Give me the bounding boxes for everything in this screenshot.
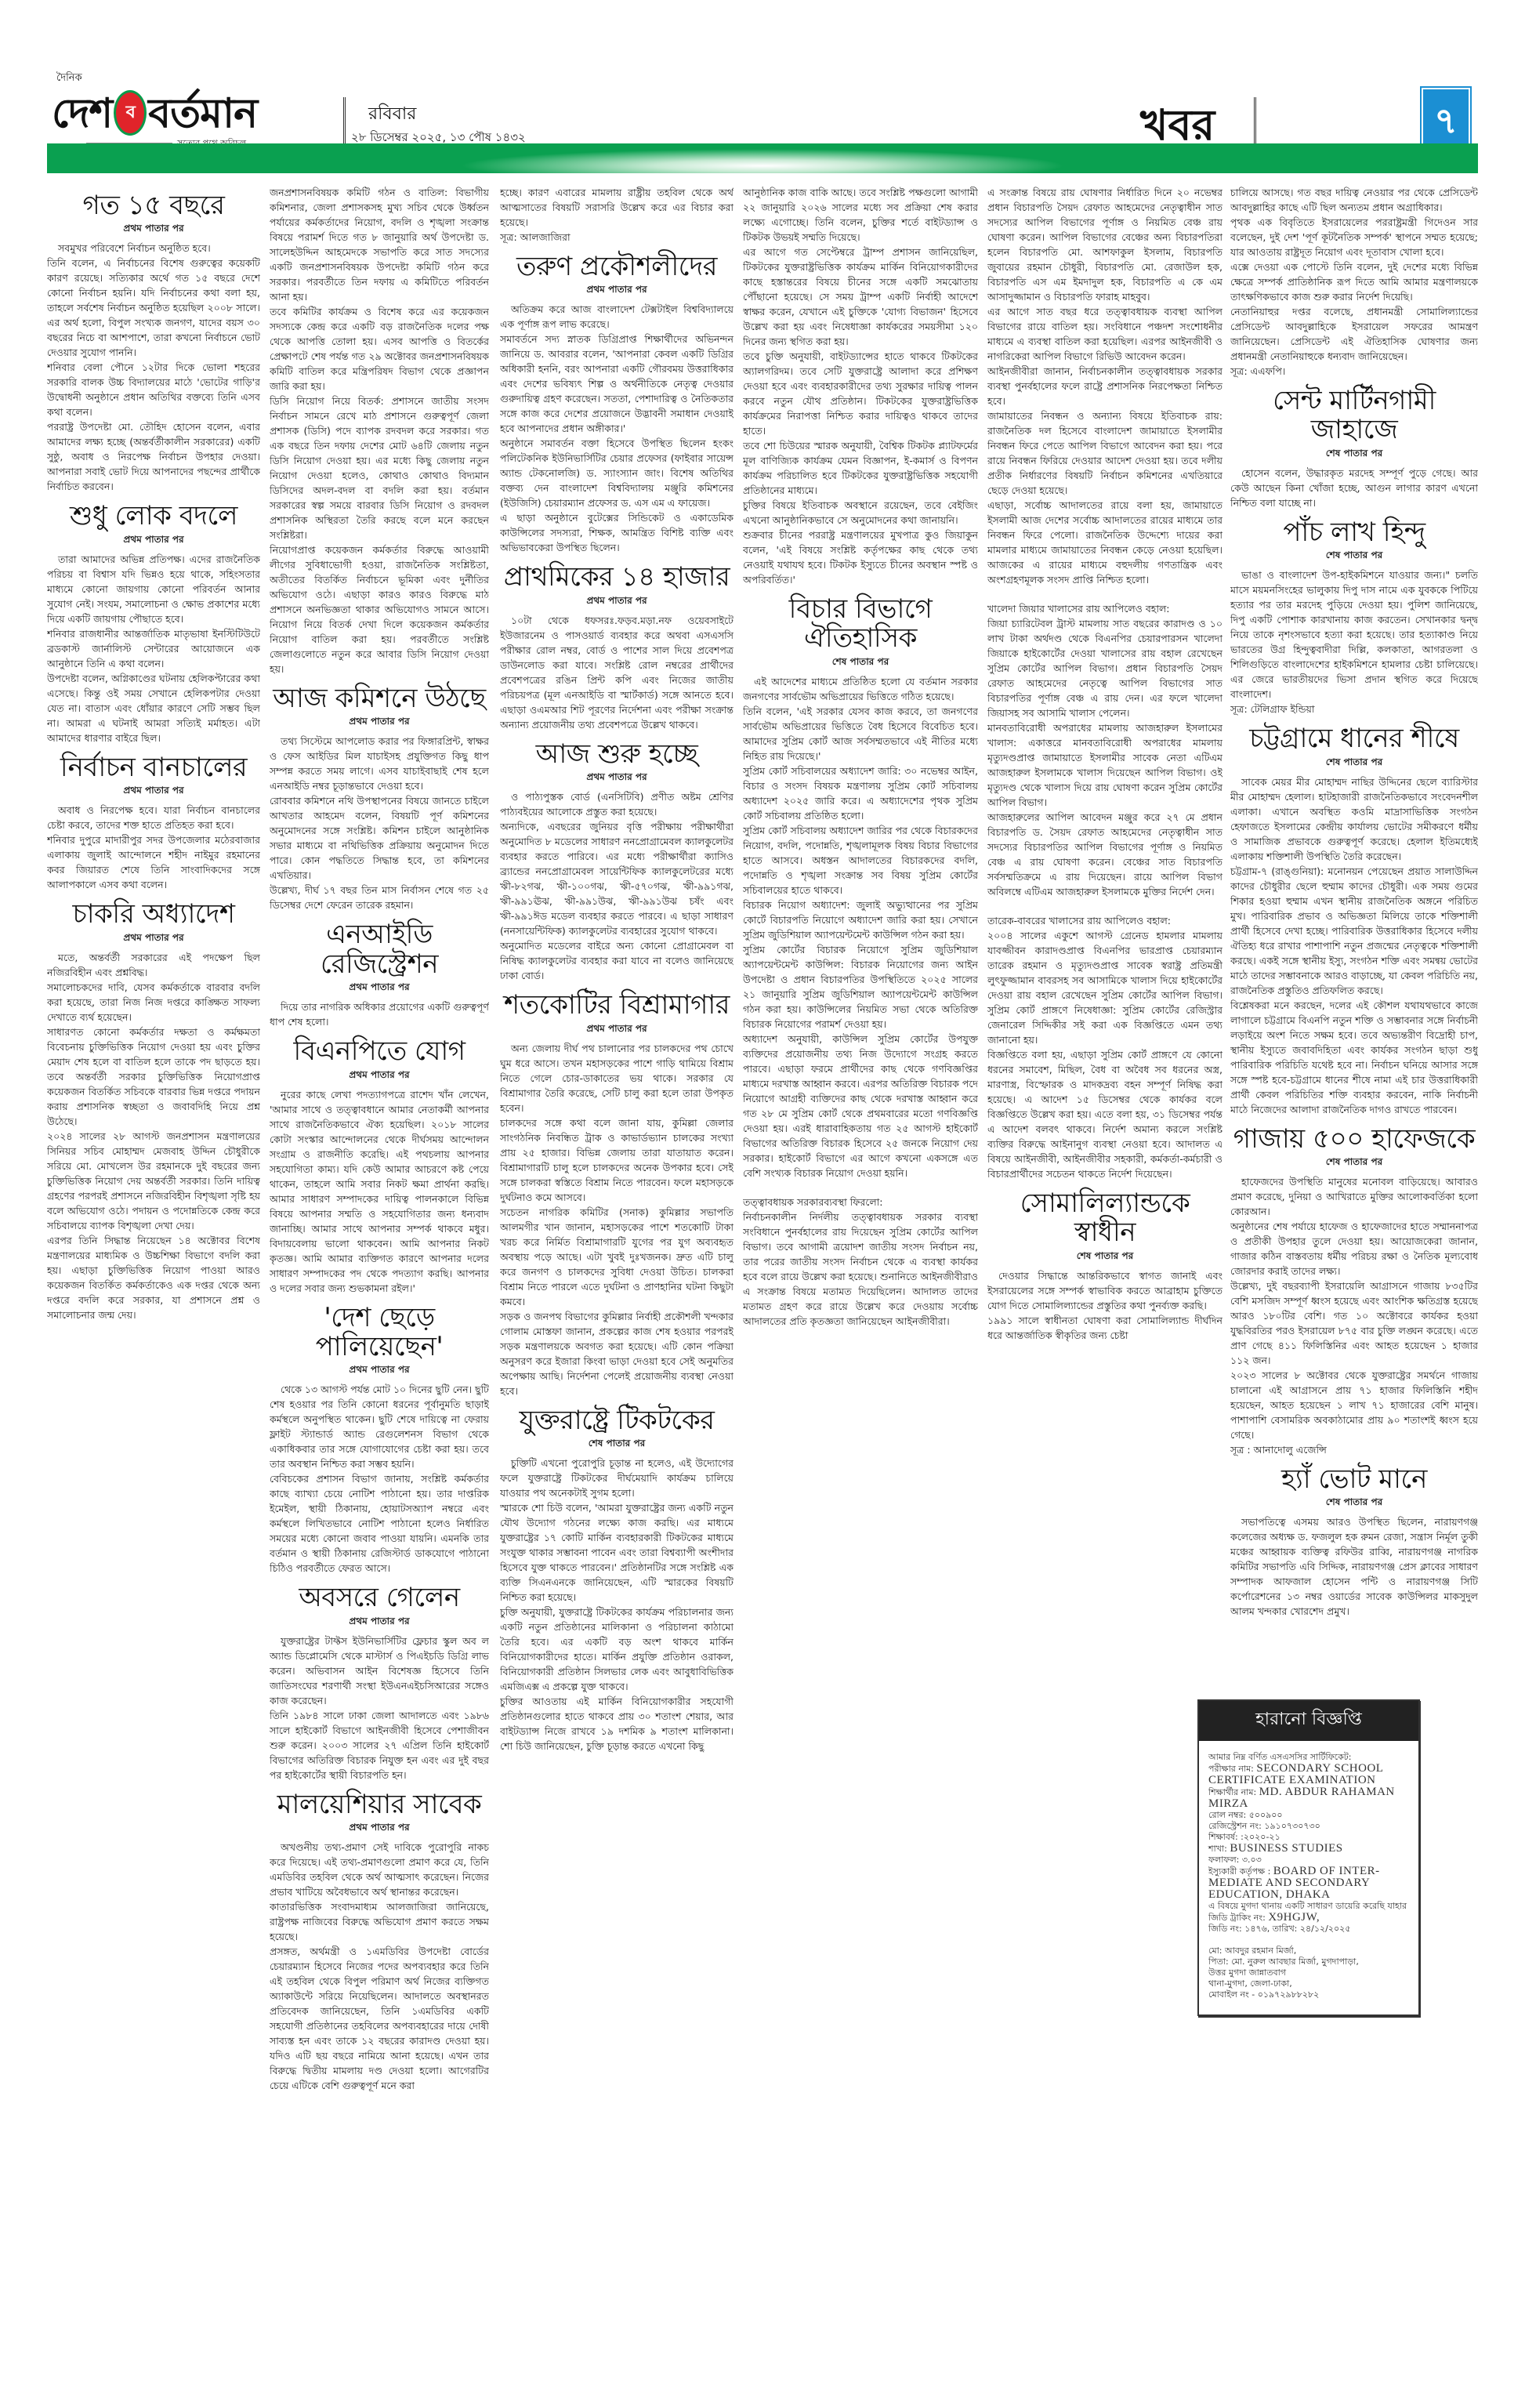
article-headline[interactable]: চাকরি অধ্যাদেশ	[47, 900, 260, 929]
article-headline[interactable]: অবসরে গেলেন	[270, 1583, 489, 1612]
article-paragraph: ২০২৩ সালের ৮ অক্টোবর থেকে যুক্তরাষ্ট্রের…	[1230, 1368, 1478, 1442]
article-headline[interactable]: শুধু লোক বদলে	[47, 502, 260, 531]
notice-gd-tracking: X9HGJW,	[1268, 1911, 1320, 1924]
article-paragraph: তারা আমাদের অভিন্ন প্রতিপক্ষ। এদের রাজনৈ…	[47, 552, 260, 626]
article-headline[interactable]: হ্যাঁ ভোট মানে	[1230, 1465, 1478, 1494]
article-paragraph: ও পাঠ্যপুস্তক বোর্ড (এনসিটিবি) প্রণীত অষ…	[500, 789, 734, 819]
article-paragraph: মানবতাবিরোধী অপরাধের মামলায় আজহারুল ইসল…	[987, 720, 1223, 810]
article-body: সবমুখর পরিবেশে নির্বাচন অনুষ্ঠিত হবে।তিন…	[47, 241, 260, 494]
article-headline[interactable]: এনআইডি রেজিস্ট্রেশন	[270, 920, 489, 979]
article-paragraph: পররাষ্ট্র উপদেষ্টা মো. তৌহিদ হোসেন বলেন,…	[47, 419, 260, 494]
article-headline[interactable]: তরুণ প্রকৌশলীদের	[500, 252, 734, 281]
article-paragraph: স্মারকে শো চিউ বলেন, 'আমরা যুক্তরাষ্ট্রে…	[500, 1500, 734, 1605]
article-headline[interactable]: গত ১৫ বছরে	[47, 191, 260, 220]
article-headline[interactable]: মালয়েশিয়ার সাবেক	[270, 1790, 489, 1819]
article-headline[interactable]: চট্টগ্রামে ধানের শীষে	[1230, 724, 1478, 753]
article-headline[interactable]: 'দেশ ছেড়ে পালিয়েছেন'	[270, 1304, 489, 1362]
article-subheading: তারেক-বাবরের খালাসের রায় আপিলেও বহাল:	[987, 913, 1223, 928]
article-paragraph: অন্যদিকে, এবছরের জুনিয়র বৃত্তি পরীক্ষায…	[500, 819, 734, 938]
continuation-label: প্রথম পাতার পর	[500, 594, 734, 610]
article-paragraph: যুক্তরাষ্ট্রের টাফ্টস ইউনিভার্সিটির ফ্লে…	[270, 1634, 489, 1708]
article-body: এ সংক্রান্ত বিষয়ে রায় ঘোষণার নির্ধারিত…	[987, 185, 1223, 1181]
news-article: শুধু লোক বদলেপ্রথম পাতার পরতারা আমাদের অ…	[47, 502, 260, 745]
article-body: এই আদেশের মাধ্যমে প্রতিষ্ঠিত হলো যে বর্ত…	[743, 674, 978, 1329]
news-article: মালয়েশিয়ার সাবেকপ্রথম পাতার পরঅখণ্ডনীয…	[270, 1790, 489, 2093]
article-headline[interactable]: সেন্ট মার্টিনগামী জাহাজে	[1230, 386, 1478, 445]
article-body: চুক্তিটি এখনো পুরোপুরি চূড়ান্ত না হলেও,…	[500, 1456, 734, 1753]
notice-father: পিতা: মো. নুরুল আবছার মির্জা, মুগদাপাড়া…	[1208, 1956, 1411, 1967]
article-paragraph: তিনি বলেন, এ নির্বাচনের বিশেষ গুরুত্বের …	[47, 256, 260, 360]
article-paragraph: চুক্তির আওতায় এই মার্কিন বিনিয়োগকারীর …	[500, 1694, 734, 1753]
article-paragraph: ১০টা থেকে ধফসরঃ.ফড়ব.মড়া.নফ ওয়েবসাইটে …	[500, 613, 734, 732]
news-article: চালিয়ে আসছে। গত বছর দায়িত্ব নেওয়ার পর…	[1230, 185, 1478, 379]
article-paragraph: নির্বাচনকালীন নির্দলীয় তত্ত্বাবধায়ক সর…	[743, 1209, 978, 1329]
article-source: সূত্র: টেলিগ্রাফ ইন্ডিয়া	[1230, 702, 1478, 716]
article-paragraph: বিজ্ঞপ্তিতে বলা হয়, এছাড়া সুপ্রিম কোর্…	[987, 1047, 1223, 1181]
article-headline[interactable]: বিচার বিভাগে ঐতিহাসিক	[743, 595, 978, 654]
article-paragraph: আইনজীবীরা জানান, নির্বাচনকালীন তত্ত্বাবধ…	[987, 364, 1223, 408]
article-body: জনপ্রশাসনবিষয়ক কমিটি গঠন ও বাতিল: বিভাগ…	[270, 185, 489, 676]
article-subheading: খালেদা জিয়ার খালাসের রায় আপিলেও বহাল:	[987, 601, 1223, 616]
news-article: আজ শুরু হচ্ছেপ্রথম পাতার পরও পাঠ্যপুস্তক…	[500, 740, 734, 983]
notice-address1: উত্তর মুগদা জান্নাতবাগ	[1208, 1967, 1411, 1978]
news-article: বিচার বিভাগে ঐতিহাসিকশেষ পাতার পরএই আদেশ…	[743, 595, 978, 1329]
article-paragraph: রোববার কমিশনে নথি উপস্থাপনের বিষয়ে জানত…	[270, 793, 489, 883]
continuation-label: প্রথম পাতার পর	[47, 784, 260, 800]
issue-day: রবিবার	[368, 100, 416, 129]
article-paragraph: সমাবর্তনে সদ্য স্নাতক ডিগ্রিপ্রাপ্ত শিক্…	[500, 332, 734, 436]
newspaper-logo[interactable]: দৈনিক দেশববর্তমান সত্যের পথে অবিচল	[47, 71, 337, 155]
article-paragraph: সমালোচকদের দাবি, যেসব কর্মকর্তাকে বারবার…	[47, 980, 260, 1024]
news-article: পাঁচ লাখ হিন্দুশেষ পাতার পরভাঙা ও বাংলাদ…	[1230, 518, 1478, 716]
article-body: যুক্তরাষ্ট্রের টাফ্টস ইউনিভার্সিটির ফ্লে…	[270, 1634, 489, 1782]
article-body: সভাপতিত্বে এসময় আরও উপস্থিত ছিলেন, নারা…	[1230, 1514, 1478, 1619]
news-article: বিএনপিতে যোগপ্রথম পাতার পরনুরের কাছে লেখ…	[270, 1037, 489, 1295]
continuation-label: প্রথম পাতার পর	[500, 771, 734, 786]
article-paragraph: চুক্তির বিষয়ে ইতিবাচক অবস্থানে রয়েছেন,…	[743, 498, 978, 528]
article-paragraph: আজহারুলের আপিল আবেদন মঞ্জুর করে ২৭ মে প্…	[987, 810, 1223, 899]
article-paragraph: শনিবার দুপুরে মাদারীপুর সদর উপজেলার মঠের…	[47, 832, 260, 892]
article-paragraph: তবে শো চিউয়ের স্মারক অনুযায়ী, বৈশ্বিক …	[743, 438, 978, 498]
article-paragraph: জামায়াতের নিবন্ধন ও অন্যান্য বিষয়ে ইতি…	[987, 408, 1223, 498]
article-headline[interactable]: গাজায় ৫০০ হাফেজকে	[1230, 1125, 1478, 1154]
news-article: জনপ্রশাসনবিষয়ক কমিটি গঠন ও বাতিল: বিভাগ…	[270, 185, 489, 676]
news-article: আজ কমিশনে উঠছেপ্রথম পাতার পরতথ্য সিস্টেম…	[270, 684, 489, 912]
article-headline[interactable]: সোমালিল্যান্ডকে স্বাধীন	[987, 1189, 1223, 1248]
logo-title-left: দেশ	[52, 90, 112, 137]
article-paragraph: উপদেষ্টা বলেন, অগ্নিকাণ্ডের ঘটনায় হেলিক…	[47, 671, 260, 745]
article-paragraph: এই আদেশের মাধ্যমে প্রতিষ্ঠিত হলো যে বর্ত…	[743, 674, 978, 704]
article-paragraph: কাতারভিত্তিক সংবাদমাধ্যম আলজাজিরা জানিয়…	[270, 1899, 489, 1944]
article-paragraph: শুক্রবার চীনের পররাষ্ট্র মন্ত্রণালয়ের ম…	[743, 528, 978, 587]
continuation-label: প্রথম পাতার পর	[47, 533, 260, 549]
article-paragraph: এর আগে সাত বছর ধরে তত্ত্বাবধায়ক ব্যবস্থ…	[987, 304, 1223, 364]
article-body: দেওয়ার সিদ্ধান্তে আন্তরিকভাবে স্বাগত জা…	[987, 1268, 1223, 1343]
continuation-label: প্রথম পাতার পর	[47, 222, 260, 238]
notice-student-label: শিক্ষার্থীর নাম:	[1208, 1787, 1256, 1797]
article-paragraph: অন্য জেলায় দীর্ঘ পথ চালানোর পর চালকদের …	[500, 1041, 734, 1115]
article-paragraph: চট্টগ্রাম-৭ (রাঙ্গুনিয়া): মনোনয়ন পেয়ে…	[1230, 864, 1478, 998]
notice-intro: আমার নিম্ন বর্ণিত এসএসসির সার্টিফিকেট:	[1208, 1752, 1411, 1763]
article-paragraph: দেওয়ার সিদ্ধান্তে আন্তরিকভাবে স্বাগত জা…	[987, 1268, 1223, 1313]
article-paragraph: চুক্তিটি এখনো পুরোপুরি চূড়ান্ত না হলেও,…	[500, 1456, 734, 1500]
continuation-label: শেষ পাতার পর	[1230, 1155, 1478, 1171]
continuation-label: প্রথম পাতার পর	[47, 931, 260, 947]
article-body: ও পাঠ্যপুস্তক বোর্ড (এনসিটিবি) প্রণীত অষ…	[500, 789, 734, 983]
article-paragraph: সাবেক মেয়র মীর মোহাম্মদ নাছির উদ্দিনের …	[1230, 774, 1478, 864]
article-headline[interactable]: পাঁচ লাখ হিন্দু	[1230, 518, 1478, 547]
article-paragraph: সচেতন নাগরিক কমিটির (সনাক) কুমিল্লার সভা…	[500, 1205, 734, 1309]
article-paragraph: তিনি বলেন, 'এই সরকার যেসব কাজ করবে, তা জ…	[743, 704, 978, 763]
notice-mobile: মোবাইল নং - ০১৯৭২৯৮৮২৮২	[1208, 1989, 1411, 2000]
article-paragraph: চুক্তি অনুযায়ী, যুক্তরাষ্ট্রে টিকটকের ক…	[500, 1605, 734, 1694]
continuation-label: প্রথম পাতার পর	[270, 715, 489, 731]
lost-notice-title: হারানো বিজ্ঞপ্তি	[1199, 1701, 1418, 1741]
column-3: হচ্ছে। কারণ এবারের মামলায় রাষ্ট্রীয় তহ…	[500, 185, 734, 2333]
article-headline[interactable]: যুক্তরাষ্ট্রে টিকটকের	[500, 1406, 734, 1435]
news-article: চট্টগ্রামে ধানের শীষেশেষ পাতার পরসাবেক ম…	[1230, 724, 1478, 1116]
article-body: মতে, অন্তর্বর্তী সরকারের এই পদক্ষেপ ছিল …	[47, 950, 260, 1322]
article-body: অবাধ ও নিরপেক্ষ হবে। যারা নির্বাচন বানচা…	[47, 803, 260, 892]
masthead-divider	[343, 97, 346, 149]
article-paragraph: জনপ্রশাসনবিষয়ক কমিটি গঠন ও বাতিল: বিভাগ…	[270, 185, 489, 304]
article-paragraph: অনুষ্ঠানের শেষ পর্যায়ে হাফেজ ও হাফেজাদে…	[1230, 1219, 1478, 1278]
article-paragraph: তিনি ১৯৮৪ সালে ঢাকা জেলা আদালতে এবং ১৯৮৬…	[270, 1708, 489, 1782]
article-headline[interactable]: নির্বাচন বানচালের	[47, 753, 260, 782]
article-body: অখণ্ডনীয় তথ্য-প্রমাণ সেই দাবিকে পুরোপুর…	[270, 1840, 489, 2093]
article-paragraph: শনিবার রাজধানীর আন্তর্জাতিক মাতৃভাষা ইনস…	[47, 626, 260, 671]
column-2: জনপ্রশাসনবিষয়ক কমিটি গঠন ও বাতিল: বিভাগ…	[270, 185, 489, 2333]
article-paragraph: তবে কমিটির কার্যক্রম ও বিশেষ করে এর কয়ে…	[270, 304, 489, 393]
article-body: তারা আমাদের অভিন্ন প্রতিপক্ষ। এদের রাজনৈ…	[47, 552, 260, 745]
article-paragraph: তথ্য সিস্টেমে আপলোড করার পর ফিঙ্গারপ্রিন…	[270, 734, 489, 793]
article-paragraph: বেবিচকের প্রশাসন বিভাগ জানায়, সংশ্লিষ্ট…	[270, 1471, 489, 1576]
notice-exam-label: পরীক্ষার নাম:	[1208, 1764, 1254, 1774]
article-paragraph: মতে, অন্তর্বর্তী সরকারের এই পদক্ষেপ ছিল …	[47, 950, 260, 980]
news-article: হচ্ছে। কারণ এবারের মামলায় রাষ্ট্রীয় তহ…	[500, 185, 734, 245]
article-paragraph: এরপর তিনি সিদ্ধান্ত নিয়েছেন ১৪ অক্টোবর …	[47, 1233, 260, 1322]
news-article: প্রাথমিকের ১৪ হাজারপ্রথম পাতার পর১০টা থে…	[500, 563, 734, 731]
news-article: নির্বাচন বানচালেরপ্রথম পাতার পরঅবাধ ও নি…	[47, 753, 260, 892]
article-paragraph: অতিক্রম করে আজ বাংলাদেশ টেক্সটাইল বিশ্বব…	[500, 302, 734, 332]
notice-result: ফলাফল: ৩.০৩	[1208, 1855, 1411, 1866]
logo-title-right: বর্তমান	[148, 90, 257, 137]
page-number-badge: ৭	[1422, 88, 1470, 152]
article-body: সাবেক মেয়র মীর মোহাম্মদ নাছির উদ্দিনের …	[1230, 774, 1478, 1117]
article-paragraph: তবে চুক্তি অনুযায়ী, বাইটড্যান্সের হাতে …	[743, 349, 978, 438]
news-article: 'দেশ ছেড়ে পালিয়েছেন'প্রথম পাতার পরথেকে…	[270, 1304, 489, 1576]
article-paragraph: এ সংক্রান্ত বিষয়ে রায় ঘোষণার নির্ধারিত…	[987, 185, 1223, 304]
article-paragraph: চালিয়ে আসছে। গত বছর দায়িত্ব নেওয়ার পর…	[1230, 185, 1478, 215]
article-paragraph: সবমুখর পরিবেশে নির্বাচন অনুষ্ঠিত হবে।	[47, 241, 260, 256]
news-article: অবসরে গেলেনপ্রথম পাতার পরযুক্তরাষ্ট্রের …	[270, 1583, 489, 1782]
news-article: শতকোটির বিশ্রামাগারপ্রথম পাতার পরঅন্য জে…	[500, 991, 734, 1398]
article-paragraph: সাধারণত কোনো কর্মকর্তার দক্ষতা ও কর্মক্ষ…	[47, 1024, 260, 1129]
continuation-label: প্রথম পাতার পর	[270, 1821, 489, 1837]
article-paragraph: বিশ্লেষকরা মনে করছেন, দলের এই কৌশল যথাযথ…	[1230, 998, 1478, 1117]
article-paragraph: সভাপতিত্বে এসময় আরও উপস্থিত ছিলেন, নারা…	[1230, 1514, 1478, 1619]
article-paragraph: থেকে ১৩ আগস্ট পর্যন্ত মোট ১০ দিনের ছুটি …	[270, 1382, 489, 1471]
article-paragraph: ডিসি নিয়োগ নিয়ে বিতর্ক: প্রশাসনে জাতীয…	[270, 393, 489, 542]
continuation-label: শেষ পাতার পর	[743, 655, 978, 671]
article-paragraph: এক্সে দেওয়া এক পোস্টে তিনি বলেন, দুই দে…	[1230, 259, 1478, 304]
column-1: গত ১৫ বছরেপ্রথম পাতার পরসবমুখর পরিবেশে ন…	[47, 185, 260, 2333]
notice-name: মো: আবদুর রহমান মির্জা,	[1208, 1946, 1411, 1956]
article-body: চালিয়ে আসছে। গত বছর দায়িত্ব নেওয়ার পর…	[1230, 185, 1478, 379]
lost-notice-ad: হারানো বিজ্ঞপ্তি আমার নিম্ন বর্ণিত এসএসস…	[1197, 1699, 1420, 2016]
article-source: সূত্র: এএফপি।	[1230, 364, 1478, 379]
article-body: তথ্য সিস্টেমে আপলোড করার পর ফিঙ্গারপ্রিন…	[270, 734, 489, 912]
article-body: আনুষ্ঠানিক কাজ বাকি আছে। তবে সংশ্লিষ্ট প…	[743, 185, 978, 587]
section-divider	[1254, 97, 1256, 149]
notice-group-value: BUSINESS STUDIES	[1230, 1842, 1342, 1855]
article-paragraph: প্রসঙ্গত, অর্থমন্ত্রী ও ১এমডিবির উপদেষ্ট…	[270, 1944, 489, 2093]
article-body: অতিক্রম করে আজ বাংলাদেশ টেক্সটাইল বিশ্বব…	[500, 302, 734, 555]
article-body: থেকে ১৩ আগস্ট পর্যন্ত মোট ১০ দিনের ছুটি …	[270, 1382, 489, 1576]
article-paragraph: ভাঙা ও বাংলাদেশ উপ-হাইকমিশনে যাওয়ার জন্…	[1230, 568, 1478, 702]
article-body: ভাঙা ও বাংলাদেশ উপ-হাইকমিশনে যাওয়ার জন্…	[1230, 568, 1478, 716]
notice-session: শিক্ষাবর্ষ: :২০২০-২১	[1208, 1832, 1411, 1843]
continuation-label: প্রথম পাতার পর	[270, 1615, 489, 1630]
header-green-bar	[47, 143, 1478, 173]
continuation-label: শেষ পাতার পর	[1230, 1496, 1478, 1511]
article-headline[interactable]: প্রাথমিকের ১৪ হাজার	[500, 563, 734, 592]
article-body: অন্য জেলায় দীর্ঘ পথ চালানোর পর চালকদের …	[500, 1041, 734, 1398]
continuation-label: শেষ পাতার পর	[1230, 447, 1478, 462]
article-paragraph: জিয়া চ্যারিটেবল ট্রাস্ট মামলায় সাত বছর…	[987, 616, 1223, 720]
news-article: সোমালিল্যান্ডকে স্বাধীনশেষ পাতার পরদেওয়…	[987, 1189, 1223, 1343]
notice-address2: থানা-মুগদা, জেলা-ঢাকা,	[1208, 1978, 1411, 1989]
continuation-label: প্রথম পাতার পর	[270, 1363, 489, 1379]
notice-issuer-label: ইস্যুকারী কর্তৃপক্ষ :	[1208, 1866, 1270, 1877]
article-body: ১০টা থেকে ধফসরঃ.ফড়ব.মড়া.নফ ওয়েবসাইটে …	[500, 613, 734, 732]
article-paragraph: চালকদের সঙ্গে কথা বলে জানা যায়, কুমিল্ল…	[500, 1115, 734, 1205]
article-body: হাফেজদের উপস্থিতি মানুষের মনোবল বাড়িয়ে…	[1230, 1174, 1478, 1457]
news-article: আনুষ্ঠানিক কাজ বাকি আছে। তবে সংশ্লিষ্ট প…	[743, 185, 978, 587]
article-paragraph: সুপ্রিম কোর্ট সচিবালয়ের অধ্যাদেশ জারি: …	[743, 763, 978, 823]
article-paragraph: সুপ্রিম কোর্টের বিচারক নিয়োগে সুপ্রিম জ…	[743, 942, 978, 1032]
continuation-label: শেষ পাতার পর	[1230, 756, 1478, 771]
news-article: তরুণ প্রকৌশলীদেরপ্রথম পাতার পরঅতিক্রম কর…	[500, 252, 734, 555]
article-headline[interactable]: শতকোটির বিশ্রামাগার	[500, 991, 734, 1020]
article-body: হোসেন বলেন, উদ্ধারকৃত মরদেহ সম্পূর্ণ পুড…	[1230, 466, 1478, 510]
article-paragraph: এর আগে গত সেপ্টেম্বরে ট্রাম্প প্রশাসন জা…	[743, 245, 978, 349]
article-paragraph: হাফেজদের উপস্থিতি মানুষের মনোবল বাড়িয়ে…	[1230, 1174, 1478, 1219]
continuation-label: প্রথম পাতার পর	[500, 1022, 734, 1038]
article-paragraph: আনুষ্ঠানিক কাজ বাকি আছে। তবে সংশ্লিষ্ট প…	[743, 185, 978, 245]
continuation-label: শেষ পাতার পর	[500, 1437, 734, 1452]
article-paragraph: বিচারক নিয়োগ অধ্যাদেশ: জুলাই অভ্যুত্থান…	[743, 898, 978, 942]
notice-gd-number: জিডি নং: ১৪৭৬, তারিখ: ২৪/১২/২০২৫	[1208, 1924, 1411, 1935]
news-article: গাজায় ৫০০ হাফেজকেশেষ পাতার পরহাফেজদের উ…	[1230, 1125, 1478, 1457]
article-paragraph: এ ছাড়া অনুষ্ঠানে বুটেক্সের সিন্ডিকেট ও …	[500, 510, 734, 555]
article-paragraph: সড়ক ও জনপথ বিভাগের কুমিল্লার নির্বাহী প…	[500, 1309, 734, 1398]
article-paragraph: অনুমোদিত মডেলের বাইরে অন্য কোনো প্রোগ্রা…	[500, 938, 734, 983]
article-paragraph: উল্লেখ্য, দুই বছরব্যাপী ইসরায়েলি আগ্রাস…	[1230, 1278, 1478, 1368]
article-paragraph: অবাধ ও নিরপেক্ষ হবে। যারা নির্বাচন বানচা…	[47, 803, 260, 832]
article-paragraph: শনিবার বেলা পৌনে ১২টার দিকে ভোলা শহরের স…	[47, 360, 260, 419]
article-body: হচ্ছে। কারণ এবারের মামলায় রাষ্ট্রীয় তহ…	[500, 185, 734, 245]
article-paragraph: হচ্ছে। কারণ এবারের মামলায় রাষ্ট্রীয় তহ…	[500, 185, 734, 230]
news-article: গত ১৫ বছরেপ্রথম পাতার পরসবমুখর পরিবেশে ন…	[47, 191, 260, 494]
article-paragraph: দিয়ে তার নাগরিক অধিকার প্রয়োগের একটি গ…	[270, 999, 489, 1029]
article-paragraph: হোসেন বলেন, উদ্ধারকৃত মরদেহ সম্পূর্ণ পুড…	[1230, 466, 1478, 510]
article-paragraph: নেতানিয়াহুর দপ্তর বলেছে, প্রধানমন্ত্রী …	[1230, 304, 1478, 364]
news-article: এ সংক্রান্ত বিষয়ে রায় ঘোষণার নির্ধারিত…	[987, 185, 1223, 1181]
article-paragraph: অখণ্ডনীয় তথ্য-প্রমাণ সেই দাবিকে পুরোপুর…	[270, 1840, 489, 1899]
notice-registration: রেজিস্ট্রেশন নং: ১৯১০৭৩০৭৩০	[1208, 1821, 1411, 1832]
continuation-label: প্রথম পাতার পর	[270, 1068, 489, 1084]
article-source: সূত্র: আলজাজিরা	[500, 230, 734, 245]
article-paragraph: উল্লেখ্য, দীর্ঘ ১৭ বছর তিন মাস নির্বাসন …	[270, 883, 489, 912]
article-body: দিয়ে তার নাগরিক অধিকার প্রয়োগের একটি গ…	[270, 999, 489, 1029]
news-article: এনআইডি রেজিস্ট্রেশনপ্রথম পাতার পরদিয়ে ত…	[270, 920, 489, 1029]
continuation-label: প্রথম পাতার পর	[270, 981, 489, 996]
continuation-label: শেষ পাতার পর	[1230, 549, 1478, 564]
lost-notice-body: আমার নিম্ন বর্ণিত এসএসসির সার্টিফিকেট: প…	[1199, 1741, 1418, 2015]
map-emblem-icon: ব	[114, 90, 147, 136]
news-article: হ্যাঁ ভোট মানেশেষ পাতার পরসভাপতিত্বে এসম…	[1230, 1465, 1478, 1619]
column-4: আনুষ্ঠানিক কাজ বাকি আছে। তবে সংশ্লিষ্ট প…	[743, 185, 978, 2333]
article-paragraph: নিয়োগপ্রাপ্ত কয়েকজন কর্মকর্তার বিরুদ্ধ…	[270, 542, 489, 676]
article-headline[interactable]: বিএনপিতে যোগ	[270, 1037, 489, 1066]
article-paragraph: নুরের কাছে লেখা পদত্যাগপত্রে রাশেদ খাঁন …	[270, 1087, 489, 1296]
article-paragraph: অধ্যাদেশ অনুযায়ী, কাউন্সিল সুপ্রিম কোর্…	[743, 1032, 978, 1180]
article-paragraph: এছাড়া, সর্বোচ্চ আদালতের রায়ে বলা হয়, …	[987, 498, 1223, 587]
notice-roll: রোল নম্বর: ৫০০৯০০	[1208, 1810, 1411, 1821]
news-article: চাকরি অধ্যাদেশপ্রথম পাতার পরমতে, অন্তর্ব…	[47, 900, 260, 1322]
article-paragraph: পৃথক এক বিবৃতিতে ইসরায়েলের পররাষ্ট্রমন্…	[1230, 215, 1478, 259]
column-5: এ সংক্রান্ত বিষয়ে রায় ঘোষণার নির্ধারিত…	[987, 185, 1223, 2333]
continuation-label: শেষ পাতার পর	[987, 1249, 1223, 1265]
article-paragraph: অনুষ্ঠানে সমাবর্তন বক্তা হিসেবে উপস্থিত …	[500, 436, 734, 510]
continuation-label: প্রথম পাতার পর	[500, 283, 734, 299]
article-paragraph: ২০০৪ সালের একুশে আগস্ট গ্রেনেড হামলার মা…	[987, 928, 1223, 1047]
article-body: নুরের কাছে লেখা পদত্যাগপত্রে রাশেদ খাঁন …	[270, 1087, 489, 1296]
article-paragraph: ২০২৪ সালের ২৮ আগস্ট জনপ্রশাসন মন্ত্রণালয…	[47, 1129, 260, 1233]
news-article: যুক্তরাষ্ট্রে টিকটকেরশেষ পাতার পরচুক্তিট…	[500, 1406, 734, 1753]
notice-group-label: শাখা:	[1208, 1844, 1227, 1854]
article-headline[interactable]: আজ শুরু হচ্ছে	[500, 740, 734, 769]
article-source: সূত্র : আনাদোলু এজেন্সি	[1230, 1442, 1478, 1457]
news-article: সেন্ট মার্টিনগামী জাহাজেশেষ পাতার পরহোসে…	[1230, 386, 1478, 510]
article-headline[interactable]: আজ কমিশনে উঠছে	[270, 684, 489, 713]
article-paragraph: ১৯৯১ সালে স্বাধীনতা ঘোষণা করা সোমালিল্যা…	[987, 1313, 1223, 1343]
article-subheading: তত্ত্বাবধায়ক সরকারব্যবস্থা ফিরলো:	[743, 1195, 978, 1209]
article-paragraph: সুপ্রিম কোর্ট সচিবালয় অধ্যাদেশ জারির পর…	[743, 823, 978, 898]
